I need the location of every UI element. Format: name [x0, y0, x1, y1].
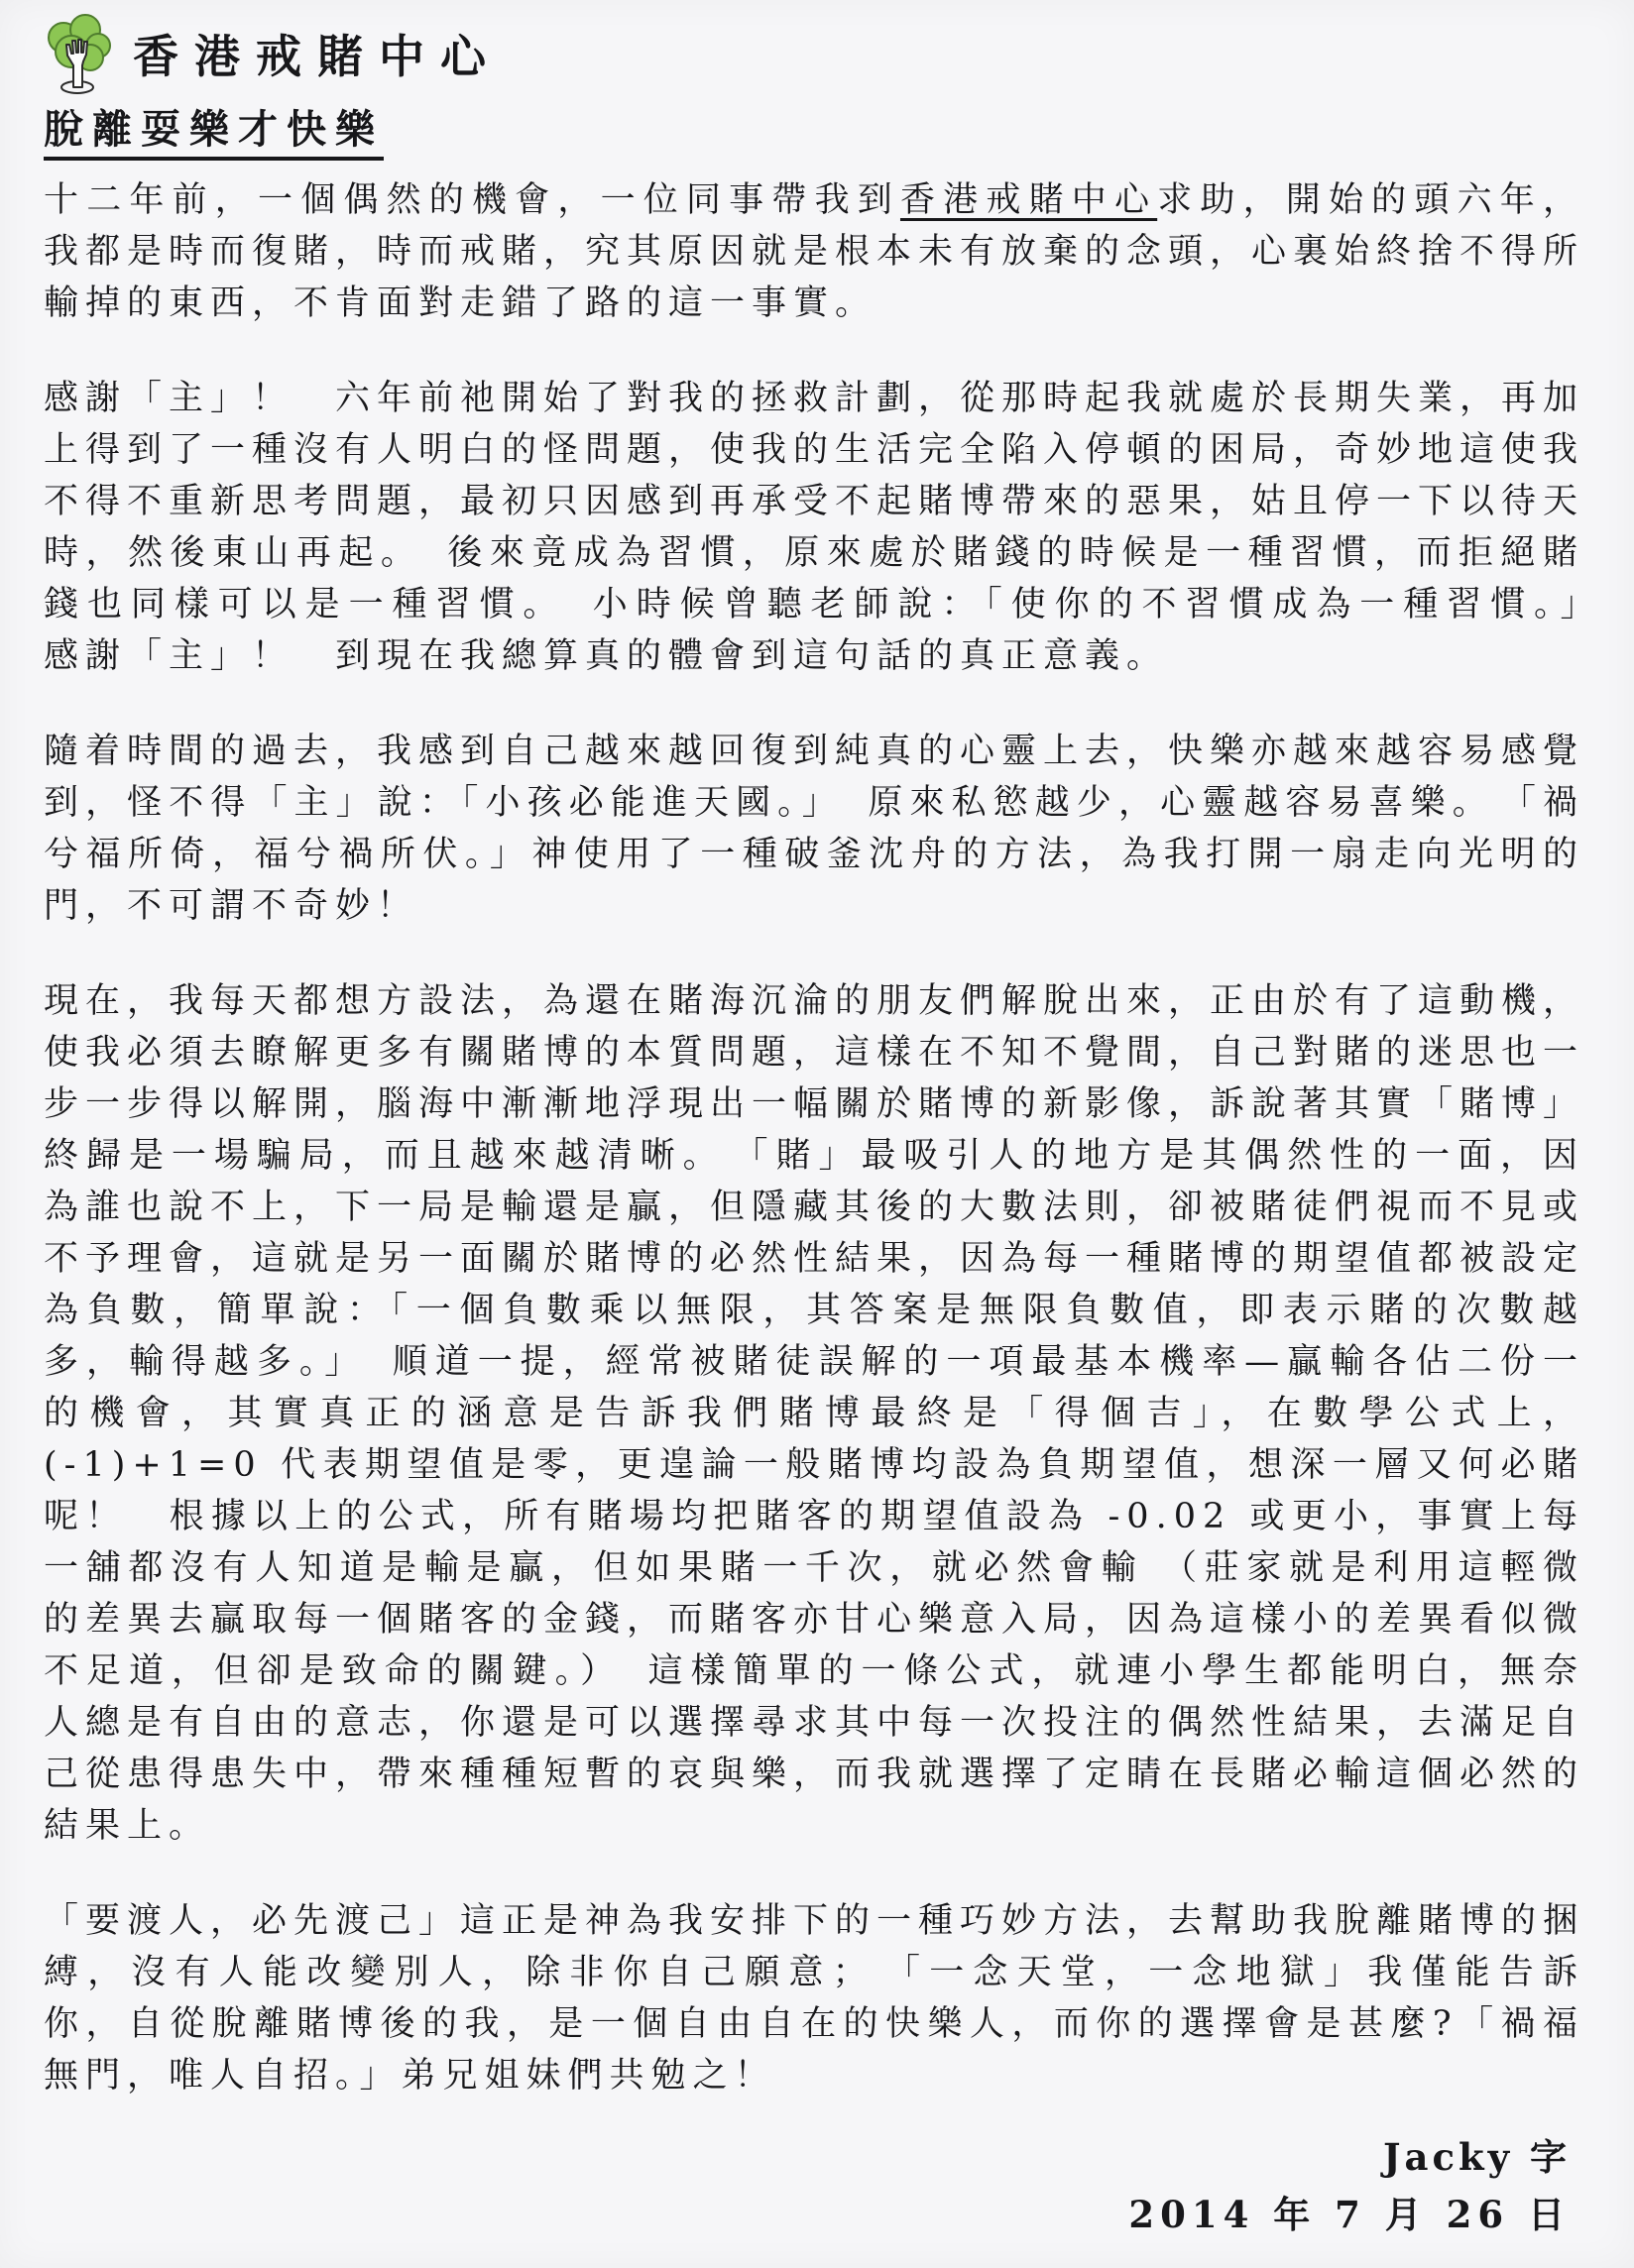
tree-logo-icon [44, 14, 113, 101]
underlined-text: 香港戒賭中心 [900, 180, 1157, 220]
text-run: 十二年前，一個偶然的機會，一位同事帶我到 [44, 180, 900, 220]
text-run: 隨着時間的過去，我感到自己越來越回復到純真的心靈上去，快樂亦越來越容易感覺到，怪… [44, 732, 1584, 926]
signature-name: Jacky 字 [44, 2129, 1571, 2185]
paragraph: 感謝「主」！ 六年前祂開始了對我的拯救計劃，從那時起我就處於長期失業，再加上得到… [44, 373, 1584, 682]
signature-block: Jacky 字 2014 年 7 月 26 日 [44, 2129, 1584, 2244]
paragraph: 隨着時間的過去，我感到自己越來越回復到純真的心靈上去，快樂亦越來越容易感覺到，怪… [44, 726, 1584, 932]
document-heading: 脫離耍樂才快樂 [44, 105, 384, 161]
paragraph: 現在，我每天都想方設法，為還在賭海沉淪的朋友們解脫出來，正由於有了這動機，使我必… [44, 975, 1584, 1852]
org-title: 香港戒賭中心 [133, 30, 502, 84]
text-run: 現在，我每天都想方設法，為還在賭海沉淪的朋友們解脫出來，正由於有了這動機，使我必… [44, 981, 1584, 1846]
signature-date: 2014 年 7 月 26 日 [44, 2185, 1571, 2244]
document-page: 香港戒賭中心 脫離耍樂才快樂 十二年前，一個偶然的機會，一位同事帶我到香港戒賭中… [0, 0, 1634, 2268]
paragraph: 「要渡人，必先渡己」這正是神為我安排下的一種巧妙方法，去幫助我脫離賭博的捆縛，沒… [44, 1895, 1584, 2101]
text-run: 感謝「主」！ 六年前祂開始了對我的拯救計劃，從那時起我就處於長期失業，再加上得到… [44, 379, 1626, 676]
paragraph: 十二年前，一個偶然的機會，一位同事帶我到香港戒賭中心求助，開始的頭六年，我都是時… [44, 174, 1584, 329]
text-run: 「要渡人，必先渡己」這正是神為我安排下的一種巧妙方法，去幫助我脫離賭博的捆縛，沒… [44, 1901, 1584, 2096]
letter-body: 十二年前，一個偶然的機會，一位同事帶我到香港戒賭中心求助，開始的頭六年，我都是時… [44, 174, 1584, 2101]
letterhead: 香港戒賭中心 [44, 14, 1584, 101]
